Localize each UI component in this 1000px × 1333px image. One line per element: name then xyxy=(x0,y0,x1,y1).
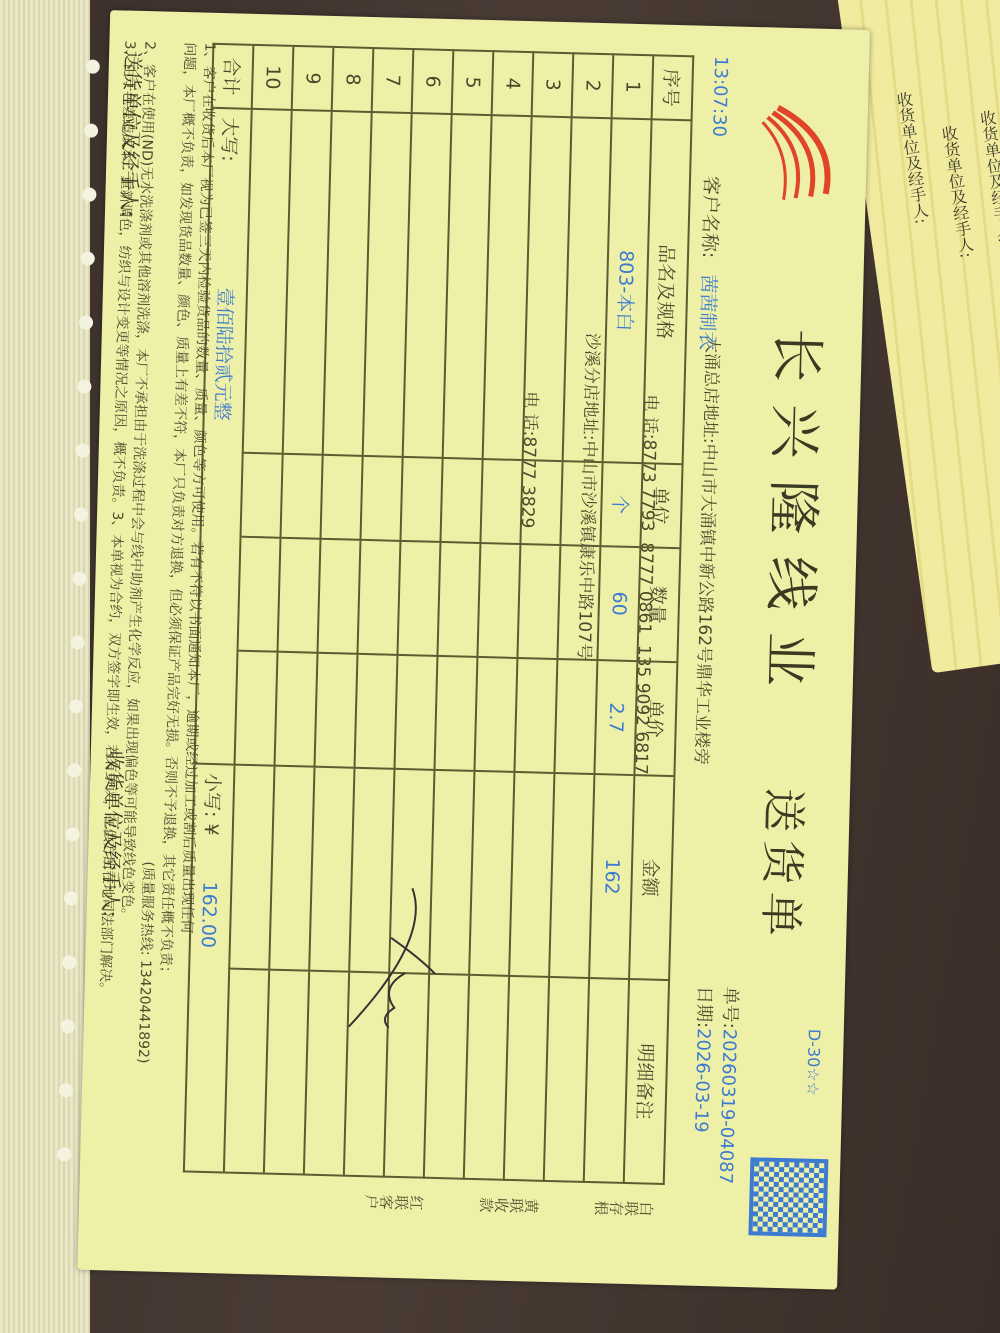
receiver-signature-label: 收货单位及经手人: xyxy=(98,750,131,917)
order-number: 单号:20260319-04087 xyxy=(714,986,745,1184)
row-no: 3 xyxy=(532,52,574,117)
row-no: 10 xyxy=(252,45,294,110)
row-no: 2 xyxy=(572,53,614,118)
background-slip-label: 收货单位及经手人: xyxy=(936,124,977,259)
qr-code-icon[interactable] xyxy=(748,1157,828,1237)
row-unit: 个 xyxy=(600,462,642,547)
row-amount: 162 xyxy=(589,774,634,979)
head-office-address: 中山市大涌镇中新公路162号鼎华工业楼旁 xyxy=(691,443,719,765)
handwritten-signature xyxy=(338,876,452,1039)
background-slip-label: 收货单位及经手人: xyxy=(975,109,1000,244)
order-date-label: 日期: xyxy=(693,986,715,1029)
row-no: 8 xyxy=(332,47,374,112)
order-date: 日期:2026-03-19 xyxy=(689,986,719,1133)
customer-field: 客户名称:茜茜制衣 xyxy=(695,176,727,351)
print-time: 13:07:30 xyxy=(708,56,731,137)
copy-label-white: 白联存根 xyxy=(594,1198,654,1217)
sender-signature-label: 送货单位及经手人: xyxy=(116,50,149,217)
uppercase-value: 壹佰陆拾贰元整 xyxy=(211,287,236,421)
order-date-value: 2026-03-19 xyxy=(690,1028,714,1133)
delivery-slip-photo: 13:07:30 长兴隆线业 送货单 大涌总店地址:中山市大涌镇中新公路162号… xyxy=(60,10,860,1310)
order-number-label: 单号: xyxy=(719,986,741,1029)
row-no: 1 xyxy=(612,54,654,119)
row-no: 6 xyxy=(412,49,454,114)
row-no: 7 xyxy=(372,48,414,113)
copy-label-yellow: 黄联收款 xyxy=(479,1195,539,1214)
column-header-qty: 数量 xyxy=(637,547,680,662)
delivery-slip: 13:07:30 长兴隆线业 送货单 大涌总店地址:中山市大涌镇中新公路162号… xyxy=(77,10,870,1289)
background-slip-label: 收货单位及经手人: xyxy=(891,90,932,225)
customer-label: 客户名称: xyxy=(698,176,722,259)
row-no: 5 xyxy=(452,50,494,115)
column-header-no: 序号 xyxy=(652,55,694,120)
column-header-price: 单价 xyxy=(634,661,677,776)
row-note xyxy=(584,978,629,1183)
column-header-amount: 金额 xyxy=(629,775,674,980)
document-code: D-30☆☆ xyxy=(803,1029,824,1097)
document-type: 送货单 xyxy=(752,787,820,945)
uppercase-label: 大写: xyxy=(218,117,241,162)
copy-labels: 白联存根 黄联收款 红联客户 xyxy=(308,1191,654,1240)
order-number-value: 20260319-04087 xyxy=(715,1028,740,1184)
column-header-unit: 单位 xyxy=(640,463,682,548)
row-qty: 60 xyxy=(597,546,640,661)
company-logo-icon xyxy=(755,87,848,209)
copy-label-red: 红联客户 xyxy=(364,1192,424,1211)
lowercase-label: 小写: ¥ xyxy=(200,773,224,836)
row-price: 2.7 xyxy=(594,660,637,775)
row-no: 9 xyxy=(292,46,334,111)
column-header-note: 明细备注 xyxy=(624,979,669,1184)
row-no: 4 xyxy=(492,51,534,116)
lowercase-value: 162.00 xyxy=(197,881,221,948)
company-name: 长兴隆线业 xyxy=(753,327,840,709)
head-office-address-label: 大涌总店地址: xyxy=(699,336,722,444)
customer-name: 茜茜制衣 xyxy=(696,274,720,351)
